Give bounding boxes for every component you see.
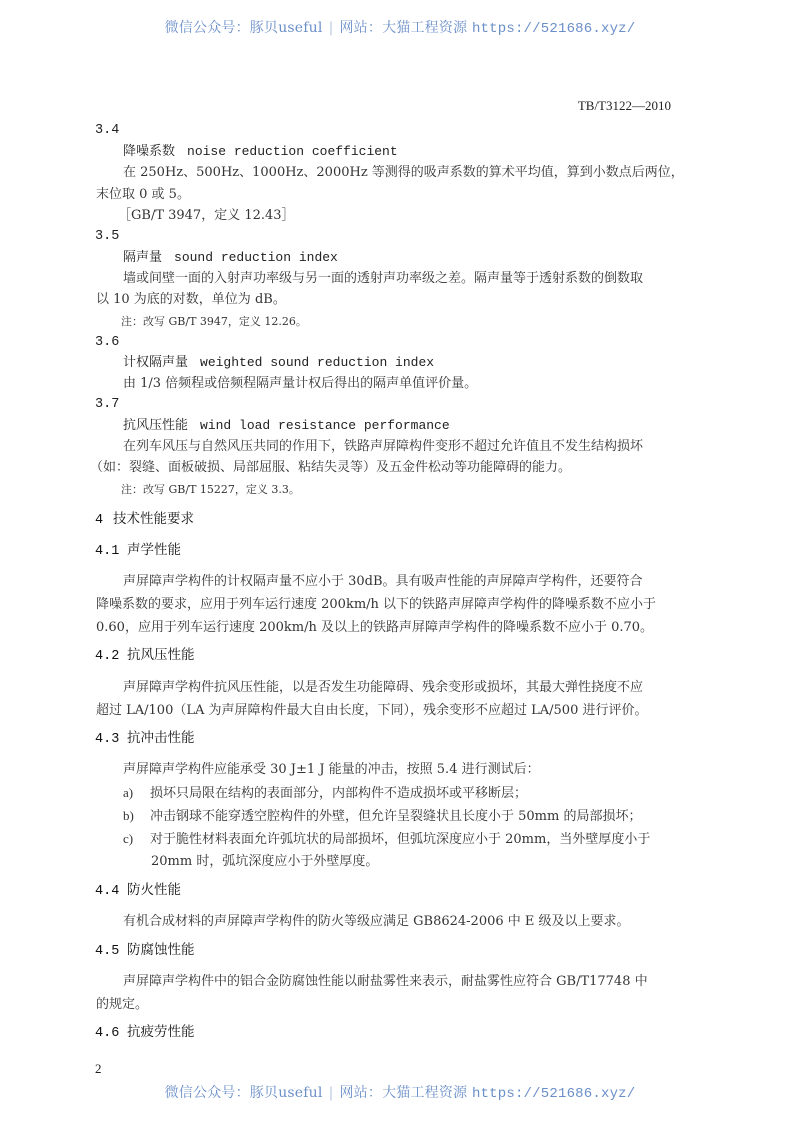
definition-text: 在列车风压与自然风压共同的作用下，铁路声屏障构件变形不超过允许值且不发生结构损坏	[123, 439, 643, 455]
definition-text: 以 10 为底的对数，单位为 dB。	[96, 292, 286, 308]
section-heading: 4.2抗风压性能	[95, 647, 195, 665]
watermark-separator: |	[329, 20, 334, 36]
watermark-site: 网站：大猫工程资源	[339, 20, 467, 36]
list-label: a)	[123, 785, 150, 801]
paragraph-line: 降噪系数的要求，应用于列车运行速度 200km/h 以下的铁路声屏障声学构件的降…	[96, 597, 656, 613]
clause-number: 3.5	[95, 229, 119, 245]
section-heading: 4.6抗疲劳性能	[95, 1024, 195, 1042]
note: 注：改写 GB/T 3947，定义 12.26。	[121, 314, 307, 330]
term-en: sound reduction index	[174, 250, 338, 265]
term-cn: 隔声量	[123, 250, 162, 265]
term-en: weighted sound reduction index	[200, 355, 434, 370]
section-heading: 4.3抗冲击性能	[95, 730, 195, 748]
definition-text: 墙或间壁一面的入射声功率级与另一面的透射声功率级之差。隔声量等于透射系数的倒数取	[123, 271, 643, 287]
watermark-wechat: 微信公众号：豚贝useful	[165, 1085, 323, 1101]
clause-number: 3.6	[95, 335, 119, 351]
term-heading: 隔声量sound reduction index	[123, 250, 338, 266]
section-number: 4.2	[95, 649, 127, 665]
watermark-separator: |	[329, 1085, 334, 1101]
list-text-continued: 20mm 时，弧坑深度应小于外壁厚度。	[151, 854, 378, 870]
term-cn: 计权隔声量	[123, 355, 188, 370]
note: 注：改写 GB/T 15227，定义 3.3。	[121, 482, 300, 498]
watermark-wechat: 微信公众号：豚贝useful	[165, 20, 323, 36]
list-item: a)损坏只局限在结构的表面部分，内部构件不造成损坏或平移断层；	[123, 785, 527, 802]
list-item: c)对于脆性材料表面允许弧坑状的局部损坏，但弧坑深度应小于 20mm，当外壁厚度…	[123, 831, 650, 848]
clause-number: 3.4	[95, 123, 119, 139]
watermark-site: 网站：大猫工程资源	[339, 1085, 467, 1101]
chapter-number: 4	[95, 513, 113, 529]
list-text: 损坏只局限在结构的表面部分，内部构件不造成损坏或平移断层；	[150, 786, 527, 801]
section-number: 4.6	[95, 1026, 127, 1042]
section-title: 抗疲劳性能	[127, 1024, 195, 1040]
watermark-bottom: 微信公众号：豚贝useful|网站：大猫工程资源 https://521686.…	[0, 1082, 800, 1102]
list-item: b)冲击钢球不能穿透空腔构件的外壁，但允许呈裂缝状且长度小于 50mm 的局部损…	[123, 808, 641, 825]
watermark-top: 微信公众号：豚贝useful|网站：大猫工程资源 https://521686.…	[0, 17, 800, 37]
chapter-title: 技术性能要求	[113, 511, 194, 527]
watermark-url[interactable]: https://521686.xyz/	[472, 21, 635, 37]
clause-number: 3.7	[95, 397, 119, 413]
page-number: 2	[95, 1061, 102, 1077]
list-text: 冲击钢球不能穿透空腔构件的外壁，但允许呈裂缝状且长度小于 50mm 的局部损坏；	[150, 809, 641, 824]
term-heading: 计权隔声量weighted sound reduction index	[123, 355, 434, 371]
paragraph-line: 声屏障声学构件中的铝合金防腐蚀性能以耐盐雾性来表示，耐盐雾性应符合 GB/T17…	[123, 974, 648, 990]
section-heading: 4.5防腐蚀性能	[95, 942, 195, 960]
watermark-url[interactable]: https://521686.xyz/	[472, 1086, 635, 1102]
term-heading: 降噪系数noise reduction coefficient	[123, 144, 398, 160]
term-cn: 降噪系数	[123, 144, 175, 159]
definition-text: 由 1/3 倍频程或倍频程隔声量计权后得出的隔声单值评价量。	[123, 376, 477, 392]
section-number: 4.1	[95, 544, 127, 560]
section-number: 4.5	[95, 944, 127, 960]
document-number: TB/T3122—2010	[578, 98, 671, 114]
paragraph-line: 超过 LA/100（LA 为声屏障构件最大自由长度，下同），残余变形不应超过 L…	[96, 703, 647, 719]
list-label: c)	[123, 831, 150, 847]
paragraph-line: 有机合成材料的声屏障声学构件的防火等级应满足 GB8624-2006 中 E 级…	[123, 914, 630, 930]
paragraph-line: 声屏障声学构件抗风压性能，以是否发生功能障碍、残余变形或损坏，其最大弹性挠度不应	[123, 680, 643, 696]
chapter-heading: 4技术性能要求	[95, 511, 194, 529]
section-title: 抗冲击性能	[127, 730, 195, 746]
section-heading: 4.1声学性能	[95, 542, 181, 560]
term-cn: 抗风压性能	[123, 418, 188, 433]
section-title: 防火性能	[127, 882, 181, 898]
reference: ［GB/T 3947，定义 12.43］	[118, 208, 295, 224]
list-text: 对于脆性材料表面允许弧坑状的局部损坏，但弧坑深度应小于 20mm，当外壁厚度小于	[150, 832, 650, 847]
term-en: wind load resistance performance	[200, 418, 450, 433]
section-heading: 4.4防火性能	[95, 882, 181, 900]
term-en: noise reduction coefficient	[187, 144, 398, 159]
section-title: 防腐蚀性能	[127, 942, 195, 958]
definition-text: （如：裂缝、面板破损、局部屈服、粘结失灵等）及五金件松动等功能障碍的能力。	[90, 460, 571, 476]
paragraph-line: 声屏障声学构件的计权隔声量不应小于 30dB。具有吸声性能的声屏障声学构件，还要…	[123, 574, 643, 590]
paragraph-line: 声屏障声学构件应能承受 30 J±1 J 能量的冲击，按照 5.4 进行测试后：	[123, 762, 540, 778]
section-title: 声学性能	[127, 542, 181, 558]
paragraph-line: 的规定。	[96, 997, 148, 1013]
paragraph-line: 0.60，应用于列车运行速度 200km/h 及以上的铁路声屏障声学构件的降噪系…	[96, 620, 653, 636]
section-number: 4.4	[95, 884, 127, 900]
section-number: 4.3	[95, 732, 127, 748]
section-title: 抗风压性能	[127, 647, 195, 663]
term-heading: 抗风压性能wind load resistance performance	[123, 418, 450, 434]
list-label: b)	[123, 808, 150, 824]
definition-text: 在 250Hz、500Hz、1000Hz、2000Hz 等测得的吸声系数的算术平…	[123, 165, 684, 181]
definition-text: 末位取 0 或 5。	[96, 187, 190, 203]
